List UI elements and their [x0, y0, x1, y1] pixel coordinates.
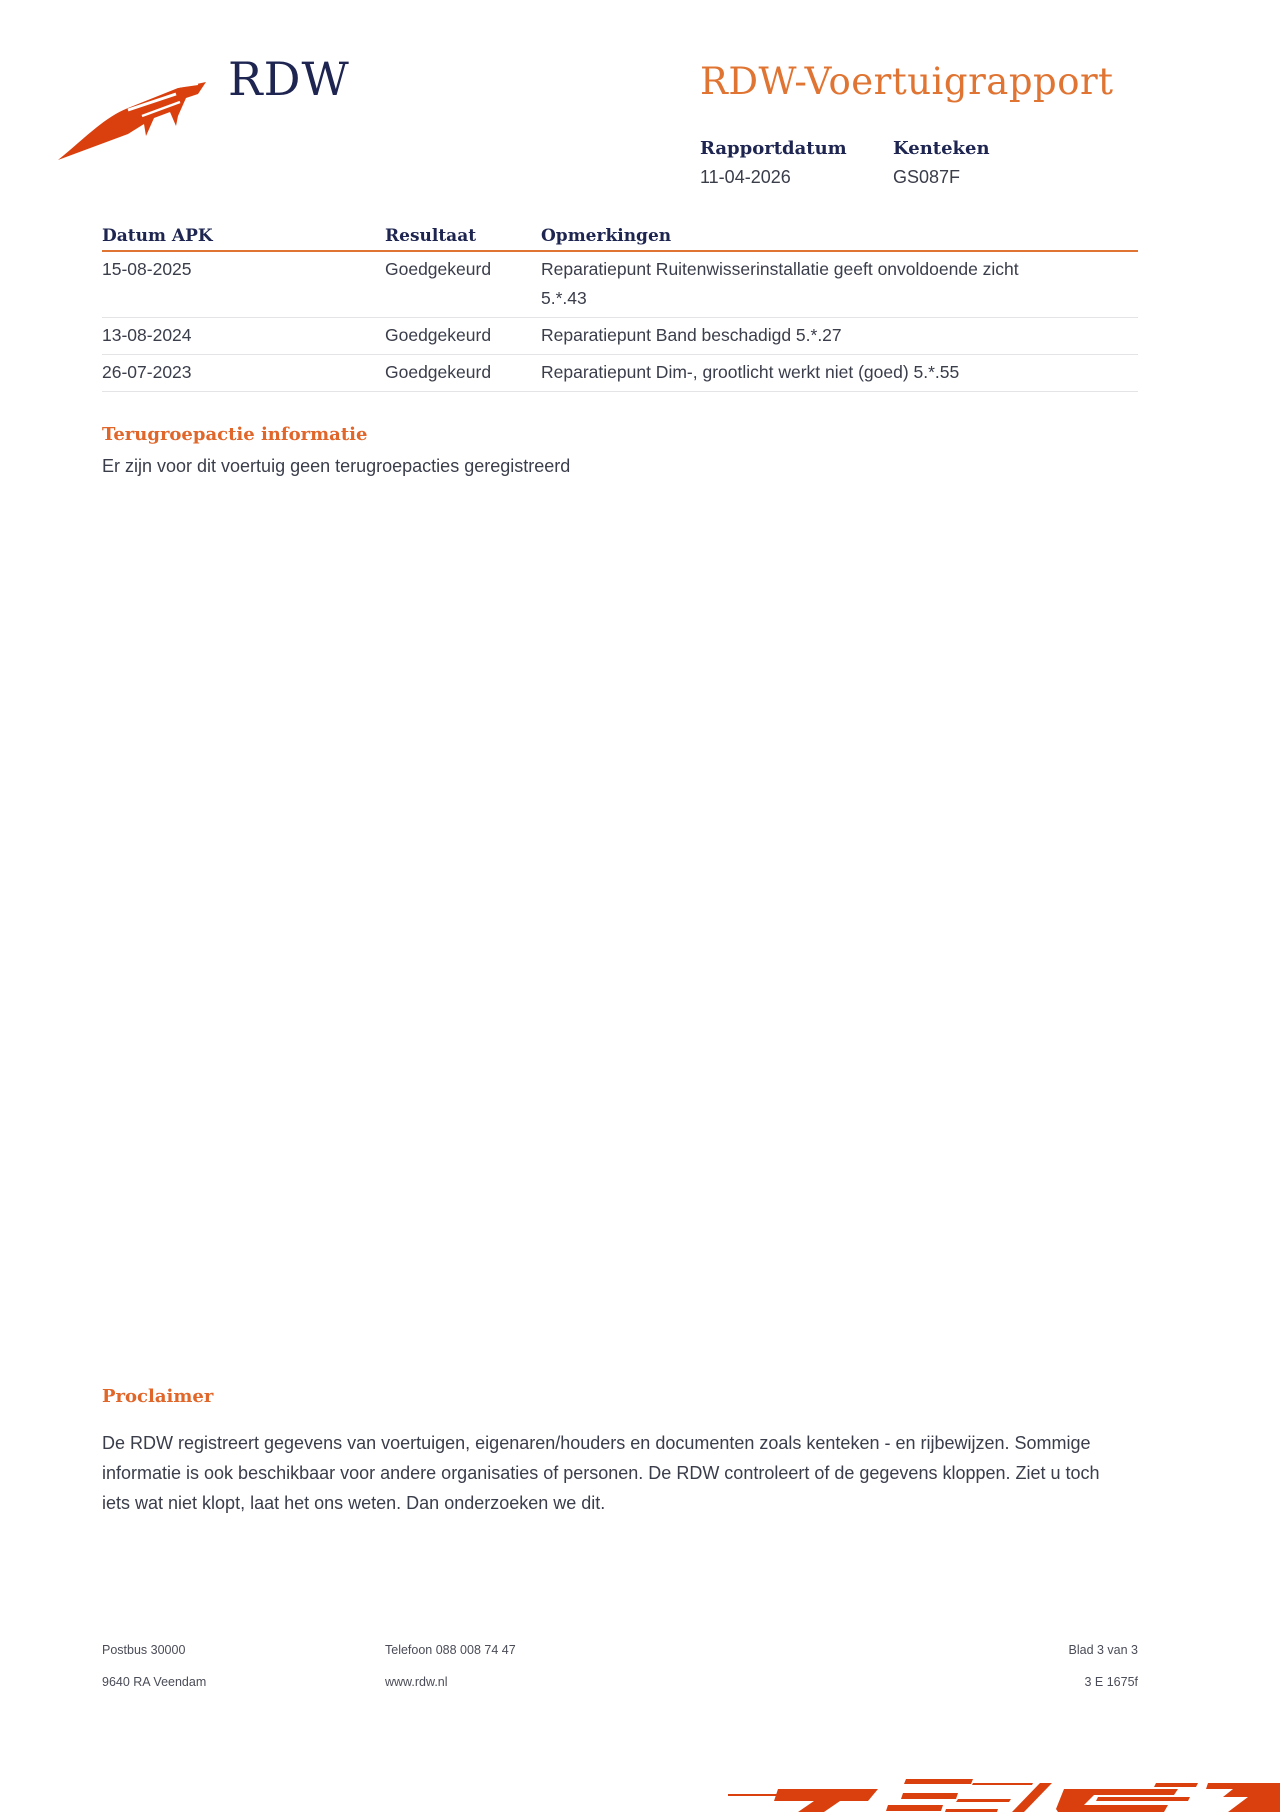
rdw-logo-icon [58, 80, 208, 162]
table-header-row: Datum APK Resultaat Opmerkingen [102, 224, 1138, 251]
apk-history-table: Datum APK Resultaat Opmerkingen 15-08-20… [102, 224, 1138, 392]
report-date: Rapportdatum 11-04-2026 [700, 138, 847, 188]
apk-remarks: Reparatiepunt Ruitenwisserinstallatie ge… [541, 251, 1138, 318]
report-title: RDW-Voertuigrapport [700, 60, 1114, 103]
page-number: Blad 3 van 3 [1069, 1643, 1139, 1657]
column-header-remarks: Opmerkingen [541, 224, 1138, 251]
proclaimer-text: De RDW registreert gegevens van voertuig… [102, 1428, 1102, 1518]
rdw-stripes-icon [728, 1745, 1280, 1812]
report-date-label: Rapportdatum [700, 138, 847, 159]
proclaimer-heading: Proclaimer [102, 1386, 213, 1407]
apk-date: 15-08-2025 [102, 251, 385, 318]
footer-city: 9640 RA Veendam [102, 1675, 206, 1689]
license-plate: Kenteken GS087F [893, 138, 990, 188]
apk-result: Goedgekeurd [385, 318, 541, 355]
apk-remarks: Reparatiepunt Band beschadigd 5.*.27 [541, 318, 1138, 355]
footer-phone: Telefoon 088 008 74 47 [385, 1643, 516, 1657]
table-row: 26-07-2023 Goedgekeurd Reparatiepunt Dim… [102, 355, 1138, 392]
report-date-value: 11-04-2026 [700, 167, 847, 188]
license-plate-value: GS087F [893, 167, 990, 188]
footer-postbus: Postbus 30000 [102, 1643, 185, 1657]
document-code: 3 E 1675f [1084, 1675, 1138, 1689]
column-header-result: Resultaat [385, 224, 541, 251]
table-row: 15-08-2025 Goedgekeurd Reparatiepunt Rui… [102, 251, 1138, 318]
footer-website[interactable]: www.rdw.nl [385, 1675, 448, 1689]
recall-text: Er zijn voor dit voertuig geen terugroep… [102, 456, 570, 477]
table-row: 13-08-2024 Goedgekeurd Reparatiepunt Ban… [102, 318, 1138, 355]
apk-date: 26-07-2023 [102, 355, 385, 392]
apk-result: Goedgekeurd [385, 355, 541, 392]
column-header-date: Datum APK [102, 224, 385, 251]
license-plate-label: Kenteken [893, 138, 990, 159]
recall-heading: Terugroepactie informatie [102, 424, 367, 445]
apk-result: Goedgekeurd [385, 251, 541, 318]
apk-remarks: Reparatiepunt Dim-, grootlicht werkt nie… [541, 355, 1138, 392]
brand-name: RDW [228, 52, 350, 106]
apk-date: 13-08-2024 [102, 318, 385, 355]
